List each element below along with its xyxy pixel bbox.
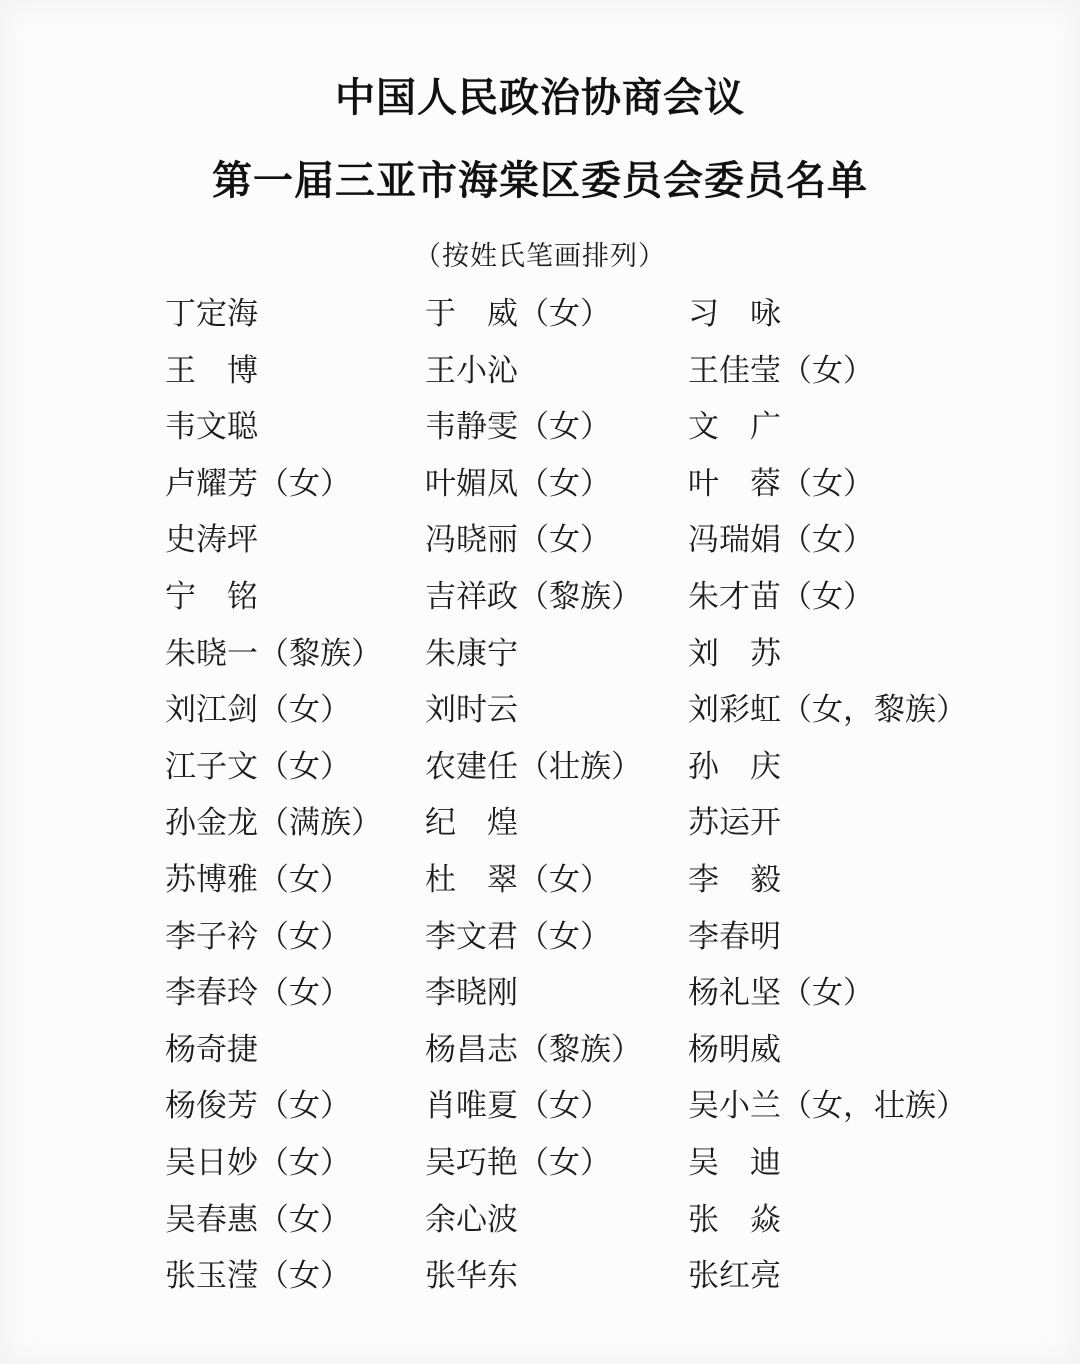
- name-cell: 冯瑞娟（女）: [688, 512, 1020, 569]
- name-cell: 朱晓一（黎族）: [165, 626, 425, 683]
- name-cell: 吉祥政（黎族）: [425, 569, 688, 626]
- name-cell: 李春明: [688, 909, 1020, 966]
- document-title-line1: 中国人民政治协商会议: [0, 78, 1080, 118]
- name-cell: 叶媚凤（女）: [425, 456, 688, 513]
- name-cell: 杜 翠（女）: [425, 852, 688, 909]
- name-cell: 杨礼坚（女）: [688, 965, 1020, 1022]
- name-cell: 张玉滢（女）: [165, 1248, 425, 1305]
- name-cell: 史涛坪: [165, 512, 425, 569]
- name-cell: 吴日妙（女）: [165, 1135, 425, 1192]
- name-cell: 文 广: [688, 399, 1020, 456]
- name-cell: 农建任（壮族）: [425, 739, 688, 796]
- name-cell: 朱康宁: [425, 626, 688, 683]
- name-cell: 韦静雯（女）: [425, 399, 688, 456]
- name-cell: 朱才苗（女）: [688, 569, 1020, 626]
- name-cell: 纪 煌: [425, 795, 688, 852]
- name-cell: 宁 铭: [165, 569, 425, 626]
- name-cell: 冯晓丽（女）: [425, 512, 688, 569]
- name-cell: 李子衿（女）: [165, 909, 425, 966]
- name-cell: 吴巧艳（女）: [425, 1135, 688, 1192]
- name-cell: 卢耀芳（女）: [165, 456, 425, 513]
- name-cell: 苏运开: [688, 795, 1020, 852]
- name-cell: 丁定海: [165, 286, 425, 343]
- document-title-line2: 第一届三亚市海棠区委员会委员名单: [0, 161, 1080, 201]
- name-cell: 叶 蓉（女）: [688, 456, 1020, 513]
- name-cell: 吴 迪: [688, 1135, 1020, 1192]
- name-cell: 李春玲（女）: [165, 965, 425, 1022]
- name-cell: 杨昌志（黎族）: [425, 1022, 688, 1079]
- name-cell: 李 毅: [688, 852, 1020, 909]
- name-cell: 张红亮: [688, 1248, 1020, 1305]
- name-cell: 张 焱: [688, 1192, 1020, 1249]
- name-cell: 苏博雅（女）: [165, 852, 425, 909]
- name-cell: 肖唯夏（女）: [425, 1078, 688, 1135]
- name-cell: 王佳莹（女）: [688, 343, 1020, 400]
- name-cell: 习 咏: [688, 286, 1020, 343]
- name-cell: 刘江剑（女）: [165, 682, 425, 739]
- name-cell: 张华东: [425, 1248, 688, 1305]
- document-page: 中国人民政治协商会议 第一届三亚市海棠区委员会委员名单 （按姓氏笔画排列） 丁定…: [0, 0, 1080, 1364]
- name-cell: 刘 苏: [688, 626, 1020, 683]
- name-cell: 王小沁: [425, 343, 688, 400]
- name-cell: 江子文（女）: [165, 739, 425, 796]
- name-cell: 于 威（女）: [425, 286, 688, 343]
- name-cell: 杨明威: [688, 1022, 1020, 1079]
- member-name-list: 丁定海于 威（女）习 咏王 博王小沁王佳莹（女）韦文聪韦静雯（女）文 广卢耀芳（…: [165, 286, 1020, 1305]
- name-cell: 韦文聪: [165, 399, 425, 456]
- name-cell: 吴春惠（女）: [165, 1192, 425, 1249]
- name-cell: 孙 庆: [688, 739, 1020, 796]
- name-cell: 孙金龙（满族）: [165, 795, 425, 852]
- name-cell: 王 博: [165, 343, 425, 400]
- name-cell: 杨奇捷: [165, 1022, 425, 1079]
- name-cell: 余心波: [425, 1192, 688, 1249]
- name-cell: 李晓刚: [425, 965, 688, 1022]
- name-cell: 吴小兰（女，壮族）: [688, 1078, 1020, 1135]
- name-cell: 刘彩虹（女，黎族）: [688, 682, 1020, 739]
- name-cell: 李文君（女）: [425, 909, 688, 966]
- sort-order-note: （按姓氏笔画排列）: [0, 243, 1080, 270]
- name-cell: 杨俊芳（女）: [165, 1078, 425, 1135]
- name-cell: 刘时云: [425, 682, 688, 739]
